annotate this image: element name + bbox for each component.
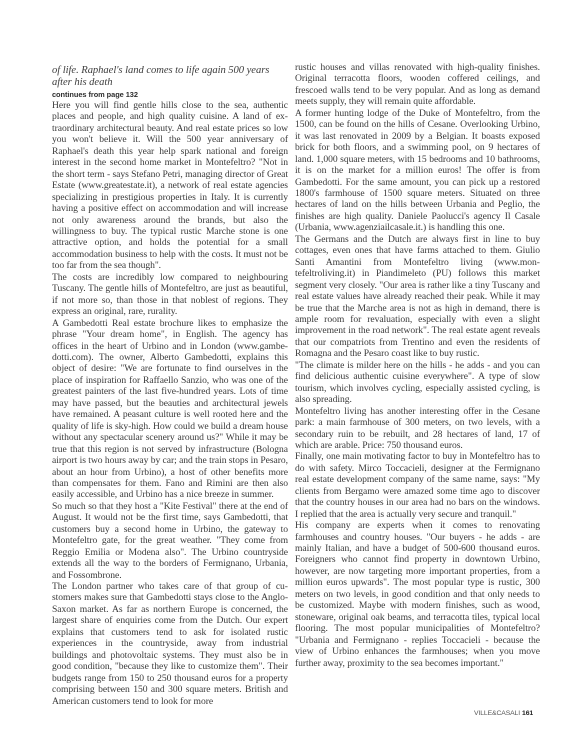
paragraph: A former hunting lodge of the Duke of Mo… (295, 108, 540, 234)
paragraph: The costs are incredibly low compared to… (52, 272, 288, 318)
magazine-name: VILLE&CASALI (474, 710, 520, 717)
paragraph: The London partner who takes care of tha… (52, 581, 288, 707)
paragraph: So much so that they host a "Kite Festiv… (52, 501, 288, 581)
paragraph: A Gambedotti Real estate brochure likes … (52, 318, 288, 501)
magazine-page: of life. Raphael's land comes to life ag… (0, 0, 580, 740)
article-headline: of life. Raphael's land comes to life ag… (52, 65, 288, 88)
page-number: 161 (522, 710, 533, 717)
paragraph: The Germans and the Dutch are always fir… (295, 234, 540, 360)
right-column: rustic houses and villas renovated with … (295, 62, 540, 669)
page-footer: VILLE&CASALI161 (474, 710, 533, 717)
continued-from-label: continues from page 132 (52, 89, 288, 100)
paragraph: His company are experts when it comes to… (295, 520, 540, 669)
paragraph: Finally, one main motivating factor to b… (295, 451, 540, 520)
left-column: of life. Raphael's land comes to life ag… (52, 65, 288, 707)
paragraph: Montefeltro living has another interesti… (295, 406, 540, 452)
paragraph: Here you will find gentle hills close to… (52, 100, 288, 272)
paragraph: rustic houses and villas renovated with … (295, 62, 540, 108)
paragraph: "The climate is milder here on the hills… (295, 360, 540, 406)
